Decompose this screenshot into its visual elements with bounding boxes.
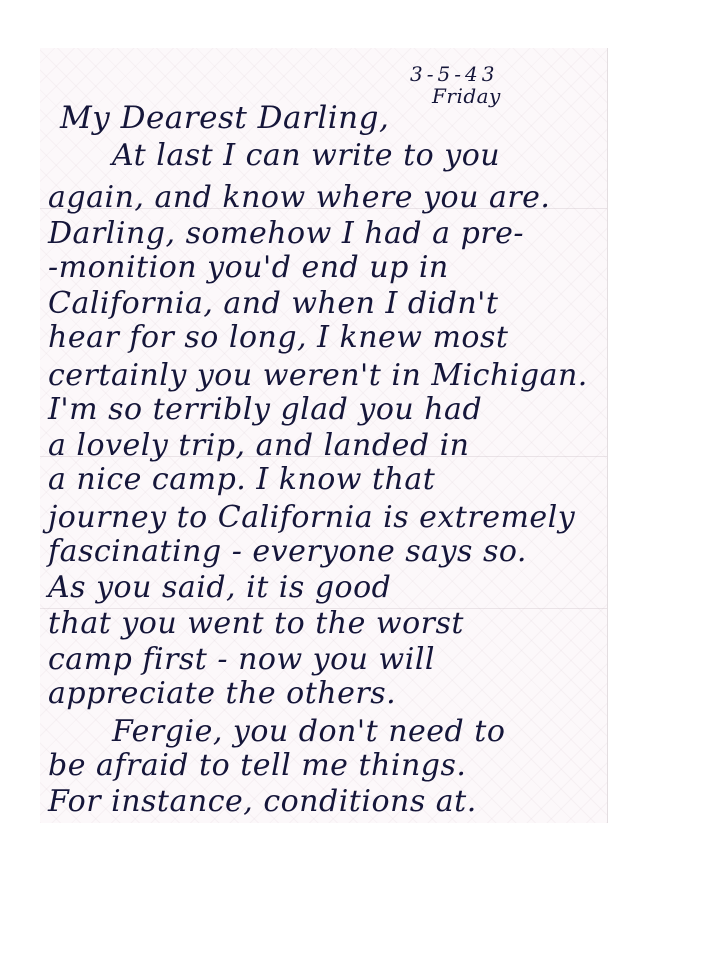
letter-line: California, and when I didn't [48,286,498,321]
letter-line: a nice camp. I know that [48,462,435,497]
letter-day: Friday [432,84,501,108]
letter-salutation: My Dearest Darling, [60,100,389,136]
letter-line: As you said, it is good [48,570,391,605]
letter-line: be afraid to tell me things. [48,748,466,783]
letter-line: a lovely trip, and landed in [48,428,470,463]
letter-line: fascinating - everyone says so. [48,534,527,569]
letter-line: Fergie, you don't need to [112,714,505,749]
letter-line: again, and know where you are. [48,180,550,215]
letter-line: appreciate the others. [48,676,396,711]
letter-line: Darling, somehow I had a pre- [48,216,524,251]
letter-line: camp first - now you will [48,642,435,677]
letter-line: certainly you weren't in Michigan. [48,358,588,393]
letter-line: -monition you'd end up in [48,250,449,285]
letter-date: 3-5-43 [410,62,498,86]
letter-line: hear for so long, I knew most [48,320,508,355]
letter-line: For instance, conditions at. [48,784,477,819]
letter-line: journey to California is extremely [48,500,575,535]
letter-line: that you went to the worst [48,606,464,641]
letter-line: I'm so terribly glad you had [48,392,482,427]
letter-line: At last I can write to you [112,138,500,173]
